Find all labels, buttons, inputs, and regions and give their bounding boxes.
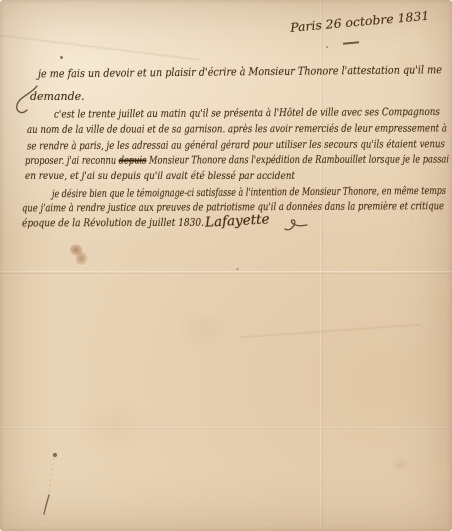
line-6-pre: proposer. j'ai reconnu	[25, 155, 119, 167]
paper-speck	[326, 46, 328, 48]
fold-crease-horizontal-2	[0, 427, 452, 429]
crossed-out-word: depuis	[119, 155, 147, 167]
handwriting-line-6: proposer. j'ai reconnu depuis Monsieur T…	[25, 154, 452, 166]
handwriting-line-4: au nom de la ville de douai et de sa gar…	[27, 123, 452, 135]
handwriting-line-2: demande.	[30, 91, 85, 102]
date-line: Paris 26 octobre 1831	[290, 10, 425, 34]
ink-scratch-mark	[38, 448, 62, 518]
handwriting-line-10: époque de la Révolution de juillet 1830.	[22, 218, 234, 229]
paper-speck	[60, 56, 63, 59]
signature: Lafayette	[205, 211, 270, 230]
date-underline-dash	[343, 41, 359, 44]
paper-wrinkle	[0, 33, 199, 60]
handwriting-line-9: que j'aime à rendre justice aux preuves …	[22, 201, 452, 214]
letter-sheet: Paris 26 octobre 1831 je me fais un devo…	[0, 0, 452, 531]
handwriting-line-1: je me fais un devoir et un plaisir d'écr…	[38, 64, 452, 80]
handwriting-line-3: c'est le trente juillet au matin qu'il s…	[54, 106, 452, 120]
fold-crease-horizontal-1	[0, 271, 452, 274]
handwriting-line-8: je désire bien que le témoignage-ci sati…	[52, 185, 452, 200]
handwriting-line-5: se rendre à paris, je les adressai au gé…	[27, 139, 452, 152]
paper-speck	[236, 268, 239, 270]
fold-crease-vertical	[320, 0, 323, 531]
ink-stain-blot	[62, 239, 94, 268]
paper-wrinkle	[240, 324, 420, 338]
handwriting-line-7: en revue, et j'ai su depuis qu'il avait …	[25, 171, 344, 182]
signature-flourish	[283, 216, 311, 234]
line-6-post: Monsieur Thonore dans l'expédition de Ra…	[146, 153, 449, 166]
